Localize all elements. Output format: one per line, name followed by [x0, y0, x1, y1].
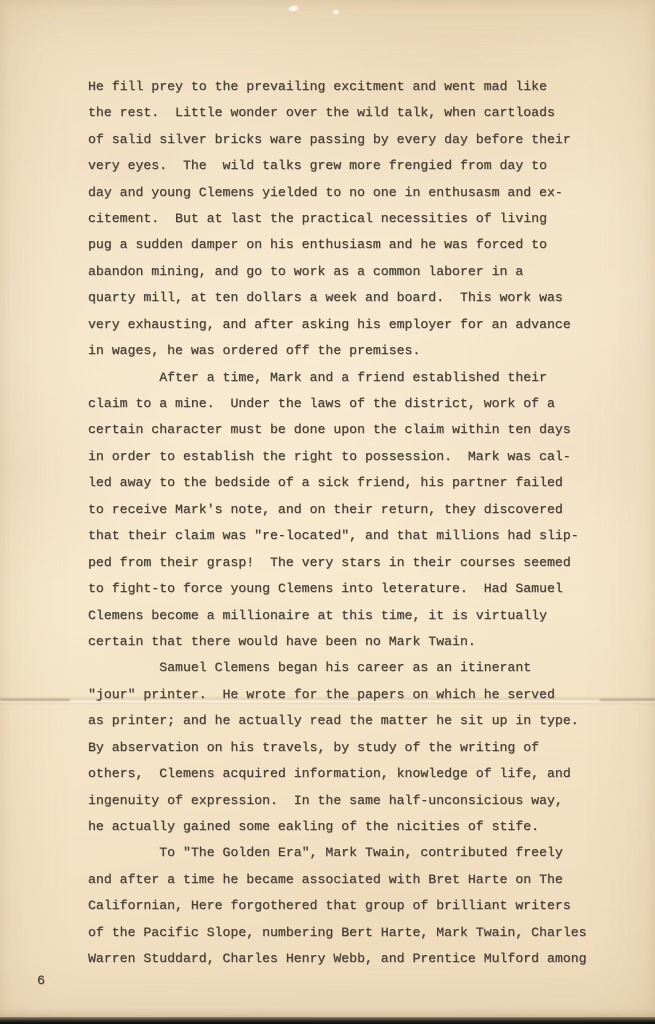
page-number: 6: [37, 973, 45, 988]
text-line: that their claim was "re-located", and t…: [88, 523, 587, 549]
text-line: and after a time he became associated wi…: [88, 867, 587, 893]
text-line: in order to establish the right to posse…: [88, 444, 587, 470]
text-line: citement. But at last the practical nece…: [88, 206, 587, 232]
text-line: of salid silver bricks ware passing by e…: [88, 127, 587, 153]
text-line: Samuel Clemens began his career as an it…: [88, 655, 587, 681]
text-line: he actually gained some eakling of the n…: [88, 814, 587, 840]
text-line: Clemens become a millionaire at this tim…: [88, 603, 587, 629]
text-line: pug a sudden damper on his enthusiasm an…: [88, 232, 587, 258]
text-line: After a time, Mark and a friend establis…: [88, 365, 587, 391]
text-line: He fill prey to the prevailing excitment…: [88, 74, 587, 100]
text-line: certain character must be done upon the …: [88, 417, 587, 443]
text-line: in wages, he was ordered off the premise…: [88, 338, 587, 364]
typewritten-text: He fill prey to the prevailing excitment…: [88, 74, 587, 973]
text-line: ped from their grasp! The very stars in …: [88, 550, 587, 576]
text-line: very eyes. The wild talks grew more fren…: [88, 153, 587, 179]
text-line: the rest. Little wonder over the wild ta…: [88, 100, 587, 126]
text-line: certain that there would have been no Ma…: [88, 629, 587, 655]
text-line: day and young Clemens yielded to no one …: [88, 180, 587, 206]
text-line: led away to the bedside of a sick friend…: [88, 470, 587, 496]
text-line: very exhausting, and after asking his em…: [88, 312, 587, 338]
text-line: abandon mining, and go to work as a comm…: [88, 259, 587, 285]
text-line: By abservation on his travels, by study …: [88, 735, 587, 761]
text-line: others, Clemens acquired information, kn…: [88, 761, 587, 787]
text-line: Californian, Here forgothered that group…: [88, 893, 587, 919]
text-line: "jour" printer. He wrote for the papers …: [88, 682, 587, 708]
paper-speck: [333, 10, 339, 14]
text-line: claim to a mine. Under the laws of the d…: [88, 391, 587, 417]
text-line: to fight-to force young Clemens into let…: [88, 576, 587, 602]
text-line: to receive Mark's note, and on their ret…: [88, 497, 587, 523]
text-line: ingenuity of expression. In the same hal…: [88, 788, 587, 814]
scanned-page: He fill prey to the prevailing excitment…: [0, 0, 655, 1024]
text-line: Warren Studdard, Charles Henry Webb, and…: [88, 946, 587, 972]
text-line: as printer; and he actually read the mat…: [88, 708, 587, 734]
text-line: of the Pacific Slope, numbering Bert Har…: [88, 920, 587, 946]
text-line: To "The Golden Era", Mark Twain, contrib…: [88, 840, 587, 866]
scan-background-edge: [0, 1017, 655, 1024]
text-line: quarty mill, at ten dollars a week and b…: [88, 285, 587, 311]
